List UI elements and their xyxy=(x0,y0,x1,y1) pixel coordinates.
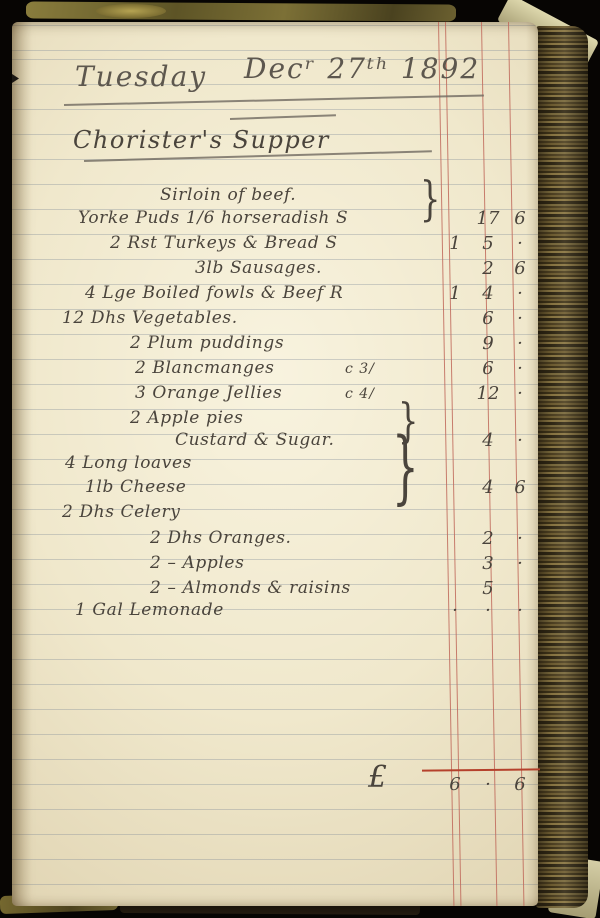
gutter-notch-mark xyxy=(12,74,19,83)
amount-shillings: 17 xyxy=(474,208,502,229)
item-description: 2 – Almonds & raisins xyxy=(150,578,351,598)
amount-pence: · xyxy=(504,333,536,354)
ledger-row: 1 Gal Lemonade · · · xyxy=(12,600,538,626)
item-description: 2 Blancmanges xyxy=(135,358,274,378)
amount-shillings: 6 xyxy=(474,308,502,329)
unit-price-note: c 3/ xyxy=(345,361,375,377)
amount-shillings: 2 xyxy=(474,258,502,279)
photographed-ledger-book: Tuesday Decʳ 27ᵗʰ 1892 Chorister's Suppe… xyxy=(0,0,600,918)
item-description: 2 Apple pies xyxy=(130,408,243,428)
ledger-row: 3 Orange Jellies c 4/ 12 · xyxy=(12,383,538,409)
unit-price-note: c 4/ xyxy=(345,386,375,402)
amount-pounds: 1 xyxy=(436,233,474,254)
item-description: 1 Gal Lemonade xyxy=(75,600,224,620)
ledger-row: 2 Rst Turkeys & Bread S 1 5 · xyxy=(12,233,538,259)
amount-pence: 6 xyxy=(504,208,536,229)
item-description: 2 Rst Turkeys & Bread S xyxy=(110,233,338,253)
item-description: 2 – Apples xyxy=(150,553,244,573)
amount-shillings: 5 xyxy=(474,578,502,599)
item-description: 3lb Sausages. xyxy=(195,258,322,278)
item-description: 4 Lge Boiled fowls & Beef R xyxy=(85,283,343,303)
entry-title: Chorister's Supper xyxy=(73,126,330,154)
amount-pence: · xyxy=(504,383,536,404)
ledger-row: 3lb Sausages. 2 6 xyxy=(12,258,538,284)
amount-pence: 6 xyxy=(504,477,536,498)
item-description: 1lb Cheese xyxy=(85,477,186,497)
amount-pence: · xyxy=(504,528,536,549)
book-cover-top-edge xyxy=(26,1,456,21)
item-description: 12 Dhs Vegetables. xyxy=(62,308,238,328)
amount-shillings: 4 xyxy=(474,283,502,304)
amount-pence: · xyxy=(504,358,536,379)
item-description: Sirloin of beef. xyxy=(160,185,296,205)
header-underline xyxy=(64,94,484,105)
header-underline-short xyxy=(230,114,336,119)
amount-shillings: · xyxy=(474,600,502,621)
header-day: Tuesday xyxy=(75,60,207,93)
amount-pence: · xyxy=(504,430,536,451)
total-currency-symbol: £ xyxy=(368,760,387,795)
item-description: 2 Dhs Celery xyxy=(62,502,180,522)
amount-pence: · xyxy=(504,308,536,329)
amount-pence: · xyxy=(504,553,536,574)
amount-pence: 6 xyxy=(504,258,536,279)
ledger-row: 12 Dhs Vegetables. 6 · xyxy=(12,308,538,334)
ledger-row: 1lb Cheese 4 6 xyxy=(12,477,538,503)
item-description: 2 Dhs Oranges. xyxy=(150,528,292,548)
item-description: 4 Long loaves xyxy=(65,453,192,473)
ledger-row: Yorke Puds 1/6 horseradish S 17 6 xyxy=(12,208,538,234)
item-description: 2 Plum puddings xyxy=(130,333,284,353)
amount-shillings: 12 xyxy=(474,383,502,404)
amount-shillings: 5 xyxy=(474,233,502,254)
ledger-page: Tuesday Decʳ 27ᵗʰ 1892 Chorister's Suppe… xyxy=(12,22,538,906)
amount-shillings: 2 xyxy=(474,528,502,549)
item-description: Custard & Sugar. xyxy=(175,430,334,450)
header-date: Decʳ 27ᵗʰ 1892 xyxy=(244,52,480,85)
ledger-row: 2 – Apples 3 · xyxy=(12,553,538,579)
total-shillings: · xyxy=(474,774,502,795)
ledger-row: 2 Dhs Oranges. 2 · xyxy=(12,528,538,554)
ledger-row: 2 Dhs Celery xyxy=(12,502,538,528)
item-description: Yorke Puds 1/6 horseradish S xyxy=(78,208,348,228)
amount-shillings: 9 xyxy=(474,333,502,354)
total-pence: 6 xyxy=(504,774,536,795)
amount-pence: · xyxy=(504,600,536,621)
amount-pence: · xyxy=(504,233,536,254)
ledger-row: 2 Blancmanges c 3/ 6 · xyxy=(12,358,538,384)
amount-pence: · xyxy=(504,283,536,304)
total-pounds: 6 xyxy=(436,774,474,795)
amount-shillings: 3 xyxy=(474,553,502,574)
amount-shillings: 6 xyxy=(474,358,502,379)
item-description: 3 Orange Jellies xyxy=(135,383,282,403)
amount-shillings: 4 xyxy=(474,430,502,451)
ledger-row: 4 Lge Boiled fowls & Beef R 1 4 · xyxy=(12,283,538,309)
ledger-row: 2 Plum puddings 9 · xyxy=(12,333,538,359)
amount-shillings: 4 xyxy=(474,477,502,498)
amount-pounds: · xyxy=(436,600,474,621)
book-cover-top-highlight xyxy=(96,4,166,18)
ledger-row: 4 Long loaves xyxy=(12,453,538,479)
page-fore-edge-stack xyxy=(536,26,588,908)
amount-pounds: 1 xyxy=(436,283,474,304)
